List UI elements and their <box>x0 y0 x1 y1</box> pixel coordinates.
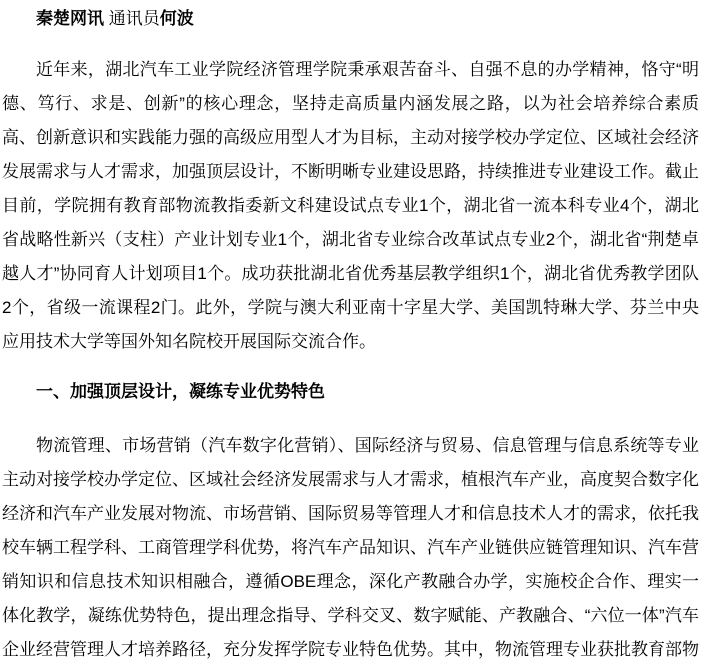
byline: 秦楚网讯 通讯员何波 <box>2 2 699 36</box>
byline-source: 秦楚网讯 <box>36 9 104 28</box>
byline-reporter: 何波 <box>160 9 194 28</box>
article-page: 秦楚网讯 通讯员何波 近年来，湖北汽车工业学院经济管理学院秉承艰苦奋斗、自强不息… <box>0 0 705 664</box>
byline-role: 通讯员 <box>104 9 160 28</box>
section-heading-1: 一、加强顶层设计，凝练专业优势特色 <box>2 375 699 409</box>
section1-paragraph: 物流管理、市场营销（汽车数字化营销）、国际经济与贸易、信息管理与信息系统等专业主… <box>2 429 699 664</box>
intro-paragraph: 近年来，湖北汽车工业学院经济管理学院秉承艰苦奋斗、自强不息的办学精神，恪守“明德… <box>2 53 699 359</box>
